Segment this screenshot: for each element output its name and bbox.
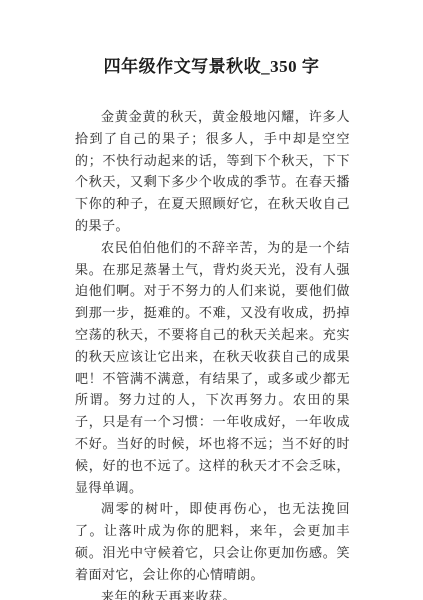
essay-paragraph-4: 来年的秋天再来收获。: [75, 586, 350, 600]
essay-title: 四年级作文写景秋收_350 字: [0, 0, 423, 77]
essay-body: 金黄金黄的秋天，黄金般地闪耀，许多人拾到了自己的果子；很多人，手中却是空空的；不…: [75, 106, 350, 600]
essay-paragraph-3: 凋零的树叶，即使再伤心，也无法挽回了。让落叶成为你的肥料，来年，会更加丰硕。泪光…: [75, 498, 350, 585]
essay-paragraph-1: 金黄金黄的秋天，黄金般地闪耀，许多人拾到了自己的果子；很多人，手中却是空空的；不…: [75, 106, 350, 237]
essay-paragraph-2: 农民伯伯他们的不辞辛苦，为的是一个结果。在那足蒸暑土气，背灼炎天光，没有人强迫他…: [75, 237, 350, 499]
essay-document-page: 四年级作文写景秋收_350 字 金黄金黄的秋天，黄金般地闪耀，许多人拾到了自己的…: [0, 0, 423, 600]
